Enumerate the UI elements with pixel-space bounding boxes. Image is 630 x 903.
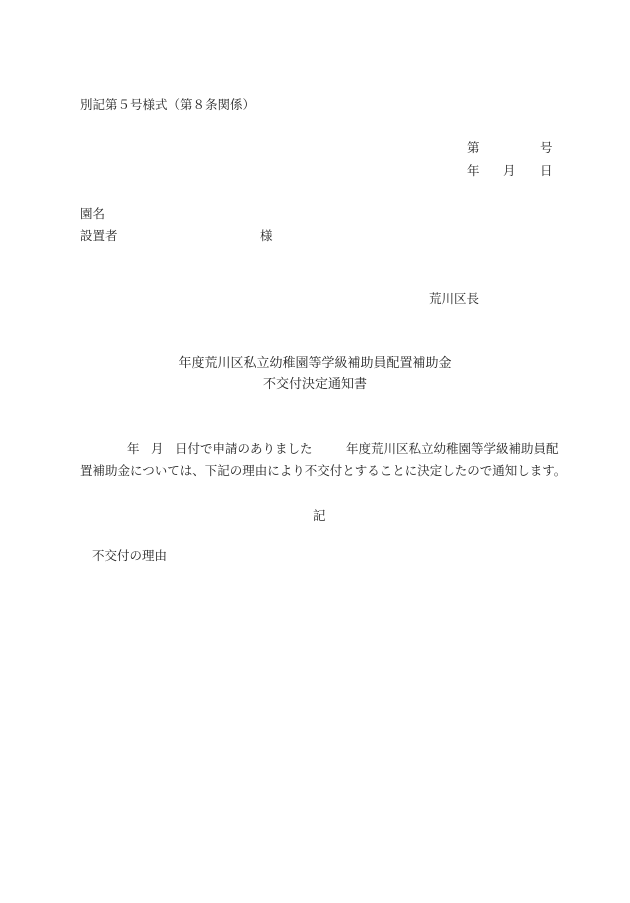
body-text-line2: 置補助金については、下記の理由により不交付とすることに決定したので通知します。 bbox=[80, 463, 566, 479]
body-text-line1: 日付で申請のありました bbox=[175, 441, 313, 457]
school-name-label: 園名 bbox=[80, 206, 105, 222]
honorific: 様 bbox=[260, 228, 273, 244]
date-day-label: 日 bbox=[540, 163, 553, 179]
document-title-line2: 不交付決定通知書 bbox=[0, 377, 630, 393]
document-number-suffix: 号 bbox=[540, 140, 553, 156]
date-year-label: 年 bbox=[467, 163, 480, 179]
document-title-line1: 年度荒川区私立幼稚園等学級補助員配置補助金 bbox=[0, 356, 630, 372]
body-year-label: 年 bbox=[127, 441, 140, 457]
ki-heading: 記 bbox=[313, 508, 326, 524]
sender: 荒川区長 bbox=[429, 291, 479, 307]
document-number-prefix: 第 bbox=[467, 140, 480, 156]
reason-label: 不交付の理由 bbox=[92, 548, 167, 564]
founder-label: 設置者 bbox=[80, 228, 118, 244]
body-month-label: 月 bbox=[151, 441, 164, 457]
date-month-label: 月 bbox=[503, 163, 516, 179]
form-number: 別記第５号様式（第８条関係） bbox=[80, 97, 255, 113]
body-fiscal-year-phrase: 年度荒川区私立幼稚園等学級補助員配 bbox=[346, 441, 559, 457]
